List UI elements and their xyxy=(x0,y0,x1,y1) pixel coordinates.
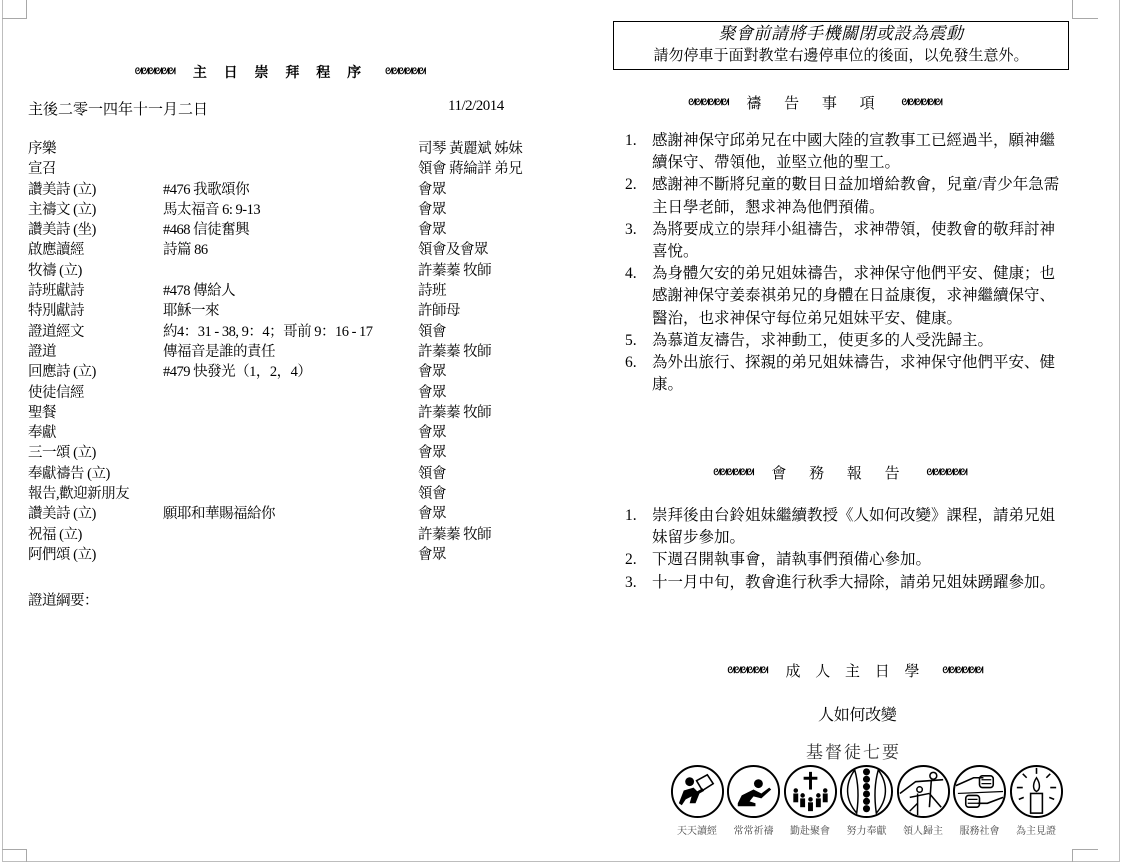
order-detail: 傳福音是誰的責任 xyxy=(163,342,275,362)
order-detail: 詩篇 86 xyxy=(163,240,208,260)
order-item: 祝福 (立) xyxy=(28,525,82,545)
item-text: 為身體欠安的弟兄姐妹禱告，求神保守他們平安、健康；也感謝神保守姜泰祺弟兄的身體在… xyxy=(652,265,1055,326)
order-row: 特別獻詩耶穌一來許師母 xyxy=(28,301,558,321)
crop-mark-top-left xyxy=(2,0,27,19)
order-leader: 詩班 xyxy=(418,281,446,301)
sermon-outline-label: 證道綱要： xyxy=(28,589,98,610)
order-row: 詩班獻詩#478 傳給人詩班 xyxy=(28,281,558,301)
item-number: 2. xyxy=(625,174,637,196)
church-gathering-icon xyxy=(783,764,838,819)
church-affairs-item: 3.十一月中旬，教會進行秋季大掃除，請弟兄姐妹踴躍參加。 xyxy=(625,572,1070,594)
fish-offering-icon xyxy=(839,764,894,819)
order-row: 牧禱 (立)許蓁蓁 牧師 xyxy=(28,261,558,281)
item-number: 2. xyxy=(625,549,637,571)
prayer-item: 1.感謝神保守邱弟兄在中國大陸的宣教事工已經過半，願神繼續保守、帶領他，並堅立他… xyxy=(625,130,1070,174)
order-row: 三一頌 (立)會眾 xyxy=(28,443,558,463)
order-leader: 會眾 xyxy=(418,220,446,240)
order-item: 證道 xyxy=(28,342,56,362)
order-item: 使徒信經 xyxy=(28,383,84,403)
worship-program-heading: ᘛᘛᘛᘛᘛᘛ 主 日 崇 拜 程 序 ᘛᘛᘛᘛᘛᘛ xyxy=(110,62,450,82)
order-item: 奉獻 xyxy=(28,423,56,443)
order-leader: 許蓁蓁 牧師 xyxy=(418,342,491,362)
item-text: 感謝神不斷將兒童的數目日益加增給教會，兒童/青少年急需主日學老師，懇求神為他們預… xyxy=(652,176,1059,215)
order-item: 詩班獻詩 xyxy=(28,281,84,301)
order-item: 宣召 xyxy=(28,159,56,179)
prayer-item: 6.為外出旅行、探親的弟兄姐妹禱告，求神保守他們平安、健康。 xyxy=(625,352,1070,396)
order-leader: 會眾 xyxy=(418,504,446,524)
item-text: 為將要成立的崇拜小組禱告，求神帶領，使教會的敬拜討神喜悅。 xyxy=(652,221,1055,260)
item-number: 4. xyxy=(625,263,637,285)
order-row: 讚美詩 (立)#476 我歌頌你會眾 xyxy=(28,180,558,200)
essential-item: 為主見證 xyxy=(1008,764,1064,837)
order-row: 讚美詩 (坐)#468 信徒奮興會眾 xyxy=(28,220,558,240)
phone-notice: 聚會前請將手機關閉或設為震動 xyxy=(614,23,1068,45)
ornament-left: ᘛᘛᘛᘛᘛᘛ xyxy=(688,98,728,108)
order-row: 奉獻會眾 xyxy=(28,423,558,443)
service-icon xyxy=(952,764,1007,819)
order-row: 回應詩 (立)#479 快發光（1，2，4）會眾 xyxy=(28,362,558,382)
ornament-left: ᘛᘛᘛᘛᘛᘛ xyxy=(135,67,175,77)
item-number: 3. xyxy=(625,572,637,594)
order-item: 回應詩 (立) xyxy=(28,362,96,382)
order-row: 序樂司琴 黃麗斌 姊妹 xyxy=(28,139,558,159)
order-item: 讚美詩 (立) xyxy=(28,180,96,200)
essential-item: 常常祈禱 xyxy=(726,764,782,837)
order-item: 聖餐 xyxy=(28,403,56,423)
order-item: 序樂 xyxy=(28,139,56,159)
ornament-left: ᘛᘛᘛᘛᘛᘛ xyxy=(727,666,767,676)
order-leader: 許師母 xyxy=(418,301,460,321)
order-leader: 會眾 xyxy=(418,545,446,565)
church-affairs-item: 1.崇拜後由台鈴姐妹繼續教授《人如何改變》課程，請弟兄姐妹留步參加。 xyxy=(625,505,1070,549)
order-item: 啟應讀經 xyxy=(28,240,84,260)
essential-caption: 天天讀經 xyxy=(677,822,717,837)
order-row: 祝福 (立)許蓁蓁 牧師 xyxy=(28,525,558,545)
order-leader: 會眾 xyxy=(418,383,446,403)
ornament-left: ᘛᘛᘛᘛᘛᘛ xyxy=(713,468,753,478)
order-row: 啟應讀經詩篇 86領會及會眾 xyxy=(28,240,558,260)
church-affairs-heading: ᘛᘛᘛᘛᘛᘛ 會 務 報 告 ᘛᘛᘛᘛᘛᘛ xyxy=(680,462,1000,483)
page-edge-left xyxy=(2,0,3,862)
crop-mark-top-right xyxy=(1072,0,1098,19)
order-detail: #468 信徒奮興 xyxy=(163,220,249,240)
order-leader: 會眾 xyxy=(418,423,446,443)
order-detail: 約4：31 - 38, 9：4；哥前 9：16 - 17 xyxy=(163,322,373,342)
order-row: 證道經文約4：31 - 38, 9：4；哥前 9：16 - 17領會 xyxy=(28,322,558,342)
prayer-item: 2.感謝神不斷將兒童的數目日益加增給教會，兒童/青少年急需主日學老師，懇求神為他… xyxy=(625,174,1070,218)
order-leader: 會眾 xyxy=(418,180,446,200)
worship-order-list: 序樂司琴 黃麗斌 姊妹 宣召領會 蔣綸詳 弟兄 讚美詩 (立)#476 我歌頌你… xyxy=(28,139,558,565)
page-edge-bottom xyxy=(2,861,1120,862)
order-leader: 領會 蔣綸詳 弟兄 xyxy=(418,159,522,179)
item-number: 3. xyxy=(625,219,637,241)
essential-caption: 為主見證 xyxy=(1016,822,1056,837)
crop-mark-bottom-left xyxy=(2,849,27,862)
order-row: 報告,歡迎新朋友領會 xyxy=(28,484,558,504)
order-item: 三一頌 (立) xyxy=(28,443,96,463)
parking-notice: 請勿停車于面對教堂右邊停車位的後面，以免發生意外。 xyxy=(614,45,1068,67)
essential-caption: 服務社會 xyxy=(960,822,1000,837)
order-row: 讚美詩 (立)願耶和華賜福給你會眾 xyxy=(28,504,558,524)
prayer-title: 禱 告 事 項 xyxy=(746,92,883,113)
order-item: 特別獻詩 xyxy=(28,301,84,321)
item-text: 為慕道友禱告，求神動工，使更多的人受洗歸主。 xyxy=(652,332,993,349)
crop-mark-bottom-right xyxy=(1072,849,1098,862)
essential-item: 努力奉獻 xyxy=(839,764,895,837)
order-detail: #479 快發光（1，2，4） xyxy=(163,362,311,382)
item-number: 1. xyxy=(625,505,637,527)
order-item: 阿們頌 (立) xyxy=(28,545,96,565)
evangelism-icon xyxy=(896,764,951,819)
order-item: 證道經文 xyxy=(28,322,84,342)
church-affairs-item: 2.下週召開執事會，請執事們預備心參加。 xyxy=(625,549,1070,571)
ornament-right: ᘛᘛᘛᘛᘛᘛ xyxy=(385,67,425,77)
order-row: 使徒信經會眾 xyxy=(28,383,558,403)
order-item: 讚美詩 (坐) xyxy=(28,220,96,240)
ornament-right: ᘛᘛᘛᘛᘛᘛ xyxy=(927,468,967,478)
prayer-item: 5.為慕道友禱告，求神動工，使更多的人受洗歸主。 xyxy=(625,330,1070,352)
seven-essentials: 天天讀經 常常祈禱 勤赴聚會 xyxy=(669,764,1064,837)
prayer-item: 3.為將要成立的崇拜小組禱告，求神帶領，使教會的敬拜討神喜悅。 xyxy=(625,219,1070,263)
notice-box: 聚會前請將手機關閉或設為震動 請勿停車于面對教堂右邊停車位的後面，以免發生意外。 xyxy=(613,21,1069,70)
worship-program-title: 主 日 崇 拜 程 序 xyxy=(193,62,367,82)
item-text: 感謝神保守邱弟兄在中國大陸的宣教事工已經過半，願神繼續保守、帶領他，並堅立他的聖… xyxy=(652,132,1055,171)
item-text: 崇拜後由台鈴姐妹繼續教授《人如何改變》課程，請弟兄姐妹留步參加。 xyxy=(652,507,1055,546)
adult-topic: 人如何改變 xyxy=(818,702,897,725)
church-affairs-title: 會 務 報 告 xyxy=(771,462,908,483)
order-row: 宣召領會 蔣綸詳 弟兄 xyxy=(28,159,558,179)
order-row: 聖餐許蓁蓁 牧師 xyxy=(28,403,558,423)
order-leader: 領會 xyxy=(418,484,446,504)
order-leader: 領會及會眾 xyxy=(418,240,488,260)
order-item: 主禱文 (立) xyxy=(28,200,96,220)
order-item: 讚美詩 (立) xyxy=(28,504,96,524)
prayer-icon xyxy=(726,764,781,819)
adult-sunday-school-title: 成 人 主 日 學 xyxy=(785,660,924,681)
order-leader: 許蓁蓁 牧師 xyxy=(418,403,491,423)
essential-item: 天天讀經 xyxy=(669,764,725,837)
date-chinese: 主後二零一四年十一月二日 xyxy=(28,98,208,119)
essential-caption: 常常祈禱 xyxy=(734,822,774,837)
order-leader: 會眾 xyxy=(418,443,446,463)
order-leader: 許蓁蓁 牧師 xyxy=(418,261,491,281)
ornament-right: ᘛᘛᘛᘛᘛᘛ xyxy=(943,666,983,676)
item-text: 下週召開執事會，請執事們預備心參加。 xyxy=(652,551,931,568)
order-detail: 願耶和華賜福給你 xyxy=(163,504,275,524)
order-detail: #478 傳給人 xyxy=(163,281,235,301)
order-leader: 領會 xyxy=(418,322,446,342)
date-numeric: 11/2/2014 xyxy=(448,98,504,115)
essential-caption: 勤赴聚會 xyxy=(790,822,830,837)
seven-essentials-title: 基督徒七要 xyxy=(806,738,901,763)
essential-item: 服務社會 xyxy=(952,764,1008,837)
item-number: 6. xyxy=(625,352,637,374)
order-row: 奉獻禱告 (立)領會 xyxy=(28,464,558,484)
prayer-heading: ᘛᘛᘛᘛᘛᘛ 禱 告 事 項 ᘛᘛᘛᘛᘛᘛ xyxy=(660,92,970,113)
order-detail: #476 我歌頌你 xyxy=(163,180,249,200)
order-item: 奉獻禱告 (立) xyxy=(28,464,110,484)
order-row: 阿們頌 (立)會眾 xyxy=(28,545,558,565)
prayer-item: 4.為身體欠安的弟兄姐妹禱告，求神保守他們平安、健康；也感謝神保守姜泰祺弟兄的身… xyxy=(625,263,1070,330)
order-item: 牧禱 (立) xyxy=(28,261,82,281)
ornament-right: ᘛᘛᘛᘛᘛᘛ xyxy=(902,98,942,108)
order-leader: 領會 xyxy=(418,464,446,484)
order-leader: 許蓁蓁 牧師 xyxy=(418,525,491,545)
essential-caption: 努力奉獻 xyxy=(847,822,887,837)
item-text: 為外出旅行、探親的弟兄姐妹禱告，求神保守他們平安、健康。 xyxy=(652,354,1055,393)
order-leader: 會眾 xyxy=(418,362,446,382)
order-leader: 會眾 xyxy=(418,200,446,220)
candle-witness-icon xyxy=(1009,764,1064,819)
church-affairs-list: 1.崇拜後由台鈴姐妹繼續教授《人如何改變》課程，請弟兄姐妹留步參加。 2.下週召… xyxy=(625,505,1070,594)
order-detail: 耶穌一來 xyxy=(163,301,219,321)
order-row: 證道傳福音是誰的責任許蓁蓁 牧師 xyxy=(28,342,558,362)
order-leader: 司琴 黃麗斌 姊妹 xyxy=(418,139,522,159)
order-item: 報告,歡迎新朋友 xyxy=(28,484,129,504)
page-edge-right xyxy=(1119,0,1120,862)
prayer-list: 1.感謝神保守邱弟兄在中國大陸的宣教事工已經過半，願神繼續保守、帶領他，並堅立他… xyxy=(625,130,1070,396)
item-text: 十一月中旬，教會進行秋季大掃除，請弟兄姐妹踴躍參加。 xyxy=(652,574,1055,591)
essential-item: 領人歸主 xyxy=(895,764,951,837)
item-number: 5. xyxy=(625,330,637,352)
essential-item: 勤赴聚會 xyxy=(782,764,838,837)
order-detail: 馬太福音 6: 9-13 xyxy=(163,200,260,220)
item-number: 1. xyxy=(625,130,637,152)
adult-sunday-school-heading: ᘛᘛᘛᘛᘛᘛ 成 人 主 日 學 ᘛᘛᘛᘛᘛᘛ xyxy=(700,660,1010,681)
bible-reading-icon xyxy=(670,764,725,819)
essential-caption: 領人歸主 xyxy=(903,822,943,837)
order-row: 主禱文 (立)馬太福音 6: 9-13會眾 xyxy=(28,200,558,220)
